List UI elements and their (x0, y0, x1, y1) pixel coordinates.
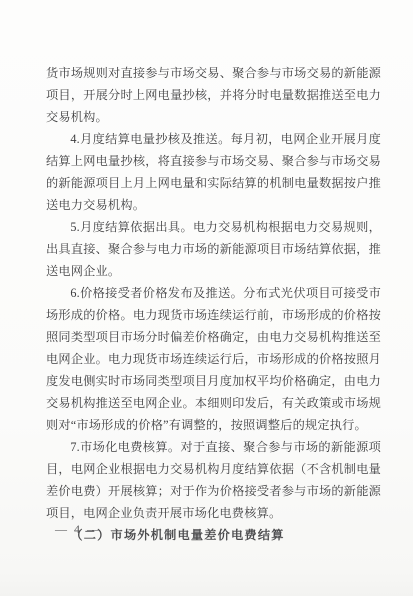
body-paragraph: 7.市场化电费核算。对于直接、聚合参与市场的新能源项目，电网企业根据电力交易机构… (46, 436, 381, 524)
page-number: — 4 — (55, 522, 101, 537)
body-paragraph: 4.月度结算电量抄核及推送。每月初，电网企业开展月度结算上网电量抄核，将直接参与… (46, 128, 381, 216)
body-paragraph: 5.月度结算依据出具。电力交易机构根据电力交易规则，出具直接、聚合参与电力市场的… (46, 216, 381, 282)
document-page: 货市场规则对直接参与市场交易、聚合参与市场交易的新能源项目，开展分时上网电量抄核… (0, 0, 413, 596)
body-paragraph: 6.价格接受者价格发布及推送。分布式光伏项目可接受市场形成的价格。电力现货市场连… (46, 282, 381, 436)
body-paragraph: 货市场规则对直接参与市场交易、聚合参与市场交易的新能源项目，开展分时上网电量抄核… (46, 62, 381, 128)
document-body: 货市场规则对直接参与市场交易、聚合参与市场交易的新能源项目，开展分时上网电量抄核… (46, 62, 381, 546)
